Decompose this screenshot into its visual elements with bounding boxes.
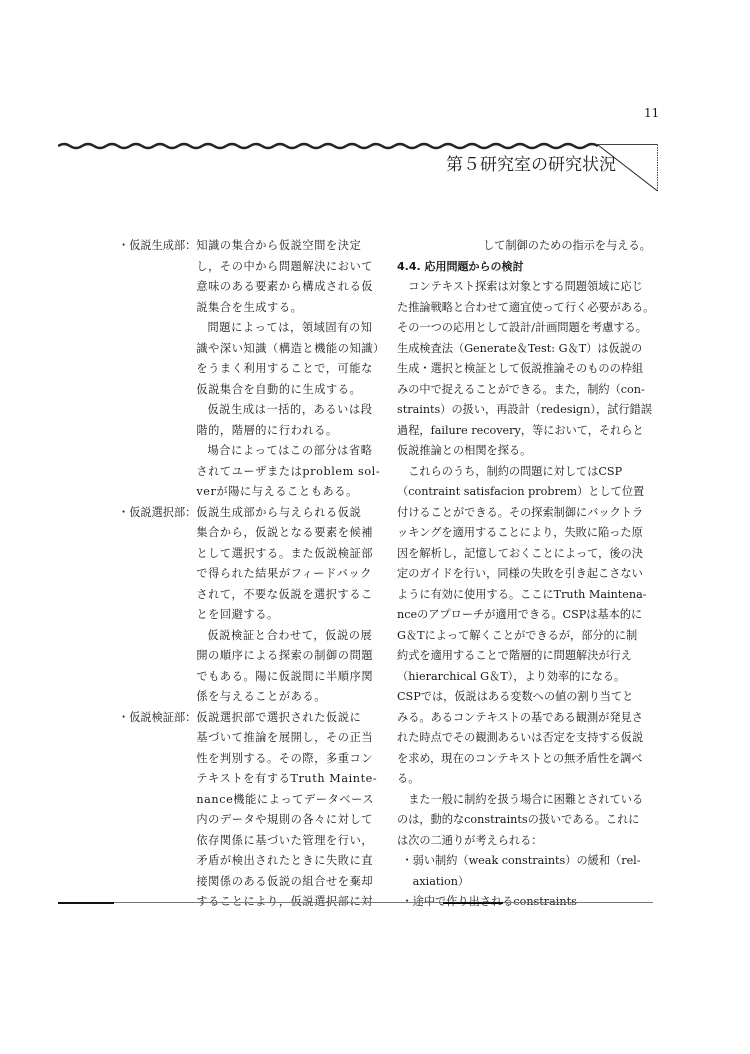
text-line: ように有効に使用する。ここにTruth Maintena- [397, 585, 659, 606]
text-line: 過程，failure recovery，等において，それらと [397, 421, 659, 442]
paragraph: また一般に制約を扱う場合に困難とされているのは，動的なconstraintsの扱… [397, 790, 659, 852]
text-line: 生成検査法（Generate＆Test: G＆T）は仮説の [397, 339, 659, 360]
text-line: とを回避する。 [196, 605, 380, 626]
header-title: 第５研究室の研究状況 [446, 150, 616, 175]
text-line: 基づいて推論を展開し，その正当 [196, 728, 380, 749]
bullet-item: ・弱い制約（weak constraints）の緩和（rel-axiation） [397, 851, 659, 892]
text-line: 仮説検証と合わせて，仮説の展 [196, 626, 380, 647]
text-line: みる。あるコンテキストの基である観測が発見さ [397, 708, 659, 729]
page-number: 11 [644, 106, 659, 120]
text-line: CSPでは，仮説はある変数への値の割り当てと [397, 687, 659, 708]
text-line: 依存関係に基づいた管理を行い， [196, 831, 380, 852]
text-line: 識や深い知識（構造と機能の知識） [196, 339, 385, 360]
text-line: 約式を適用することで階層的に問題解決が行え [397, 646, 659, 667]
text-line: 集合から，仮説となる要素を候補 [196, 523, 380, 544]
text-line: されて，不要な仮説を選択するこ [196, 585, 380, 606]
text-line: のは，動的なconstraintsの扱いである。これに [397, 810, 659, 831]
text-line: また一般に制約を扱う場合に困難とされている [397, 790, 659, 811]
term-label: ・仮説生成部： [118, 236, 196, 503]
text-line: その一つの応用として設計/計画問題を考慮する。 [397, 318, 659, 339]
text-line: 開の順序による探索の制御の問題 [196, 646, 380, 667]
text-line: （hierarchical G＆T），より効率的になる。 [397, 667, 659, 688]
text-line: verが陽に与えることもある。 [196, 482, 385, 503]
text-line: 係を与えることがある。 [196, 687, 380, 708]
text-line: 階的，階層的に行われる。 [196, 421, 385, 442]
text-line: 知識の集合から仮説空間を決定 [196, 236, 385, 257]
bottom-rule-segment [58, 902, 114, 904]
definition-term: ・仮説選択部：仮説生成部から与えられる仮説集合から，仮説となる要素を候補として選… [118, 503, 380, 708]
term-body: 仮説選択部で選択された仮説に基づいて推論を展開し，その正当性を判別する。その際，… [196, 708, 380, 913]
continuation-line: して制御のための指示を与える。 [397, 236, 659, 257]
section-heading: 4.4. 応用問題からの検討 [397, 257, 659, 278]
text-line: nance機能によってデータベース [196, 790, 380, 811]
text-line: （contraint satisfacion probrem）として位置 [397, 482, 659, 503]
term-body: 仮説生成部から与えられる仮説集合から，仮説となる要素を候補として選択する。また仮… [196, 503, 380, 708]
text-line: みの中で捉えることができる。また，制約（con- [397, 380, 659, 401]
text-line: 問題によっては，領域固有の知 [196, 318, 385, 339]
definition-term: ・仮説検証部：仮説選択部で選択された仮説に基づいて推論を展開し，その正当性を判別… [118, 708, 380, 913]
bottom-rule-segment [443, 902, 503, 904]
text-line: 付けることができる。その探索制御にバックトラ [397, 503, 659, 524]
text-line: ・弱い制約（weak constraints）の緩和（rel- [401, 851, 659, 872]
text-line: これらのうち，制約の問題に対してはCSP [397, 462, 659, 483]
text-line: straints）の扱い，再設計（redesign），試行錯誤 [397, 400, 659, 421]
text-line: テキストを有するTruth Mainte- [196, 769, 380, 790]
text-line: として選択する。また仮説検証部 [196, 544, 380, 565]
right-column: して制御のための指示を与える。4.4. 応用問題からの検討コンテキスト探索は対象… [397, 236, 659, 913]
text-line: nceのアプローチが適用できる。CSPは基本的に [397, 605, 659, 626]
text-line: 性を判別する。その際，多重コン [196, 749, 380, 770]
text-line: し，その中から問題解決において [196, 257, 385, 278]
text-line: 因を解析し，記憶しておくことによって，後の決 [397, 544, 659, 565]
definition-term: ・仮説生成部：知識の集合から仮説空間を決定し，その中から問題解決において意味のあ… [118, 236, 380, 503]
text-line: 説集合を生成する。 [196, 298, 385, 319]
text-line: れた時点でその観測あるいは否定を支持する仮説 [397, 728, 659, 749]
text-line: る。 [397, 769, 659, 790]
term-label: ・仮説検証部： [118, 708, 196, 913]
text-line: axiation） [401, 872, 659, 893]
left-column: ・仮説生成部：知識の集合から仮説空間を決定し，その中から問題解決において意味のあ… [118, 236, 380, 913]
text-line: 定のガイドを行い，同様の失敗を引き起こさない [397, 564, 659, 585]
text-line: 仮説集合を自動的に生成する。 [196, 380, 385, 401]
text-line: G＆Tによって解くことができるが，部分的に制 [397, 626, 659, 647]
text-line: 接関係のある仮説の組合せを棄却 [196, 872, 380, 893]
text-line: 仮説推論との相関を探る。 [397, 441, 659, 462]
text-line: 生成・選択と検証として仮説推論そのものの枠組 [397, 359, 659, 380]
text-line: 場合によってはこの部分は省略 [196, 441, 385, 462]
text-line: 意味のある要素から構成される仮 [196, 277, 385, 298]
term-label: ・仮説選択部： [118, 503, 196, 708]
header-corner-triangle [596, 144, 658, 192]
text-line: た推論戦略と合わせて適宜使って行く必要がある。 [397, 298, 659, 319]
text-line: 矛盾が検出されたときに失敗に直 [196, 851, 380, 872]
text-line: をうまく利用することで，可能な [196, 359, 385, 380]
text-line: コンテキスト探索は対象とする問題領域に応じ [397, 277, 659, 298]
paragraph: これらのうち，制約の問題に対してはCSP（contraint satisfaci… [397, 462, 659, 790]
text-line: 内のデータや規則の各々に対して [196, 810, 380, 831]
term-body: 知識の集合から仮説空間を決定し，その中から問題解決において意味のある要素から構成… [196, 236, 385, 503]
text-line: ッキングを適用することにより，失敗に陥った原 [397, 523, 659, 544]
text-line: されてユーザまたはproblem sol- [196, 462, 385, 483]
text-line: 仮説生成は一括的，あるいは段 [196, 400, 385, 421]
text-line: でもある。陽に仮説間に半順序関 [196, 667, 380, 688]
text-line: は次の二通りが考えられる： [397, 831, 659, 852]
paragraph: コンテキスト探索は対象とする問題領域に応じた推論戦略と合わせて適宜使って行く必要… [397, 277, 659, 462]
text-line: 仮説選択部で選択された仮説に [196, 708, 380, 729]
text-line: を求め，現在のコンテキストとの無矛盾性を調べ [397, 749, 659, 770]
text-line: 仮説生成部から与えられる仮説 [196, 503, 380, 524]
bottom-rule [58, 902, 653, 903]
text-line: で得られた結果がフィードバック [196, 564, 380, 585]
